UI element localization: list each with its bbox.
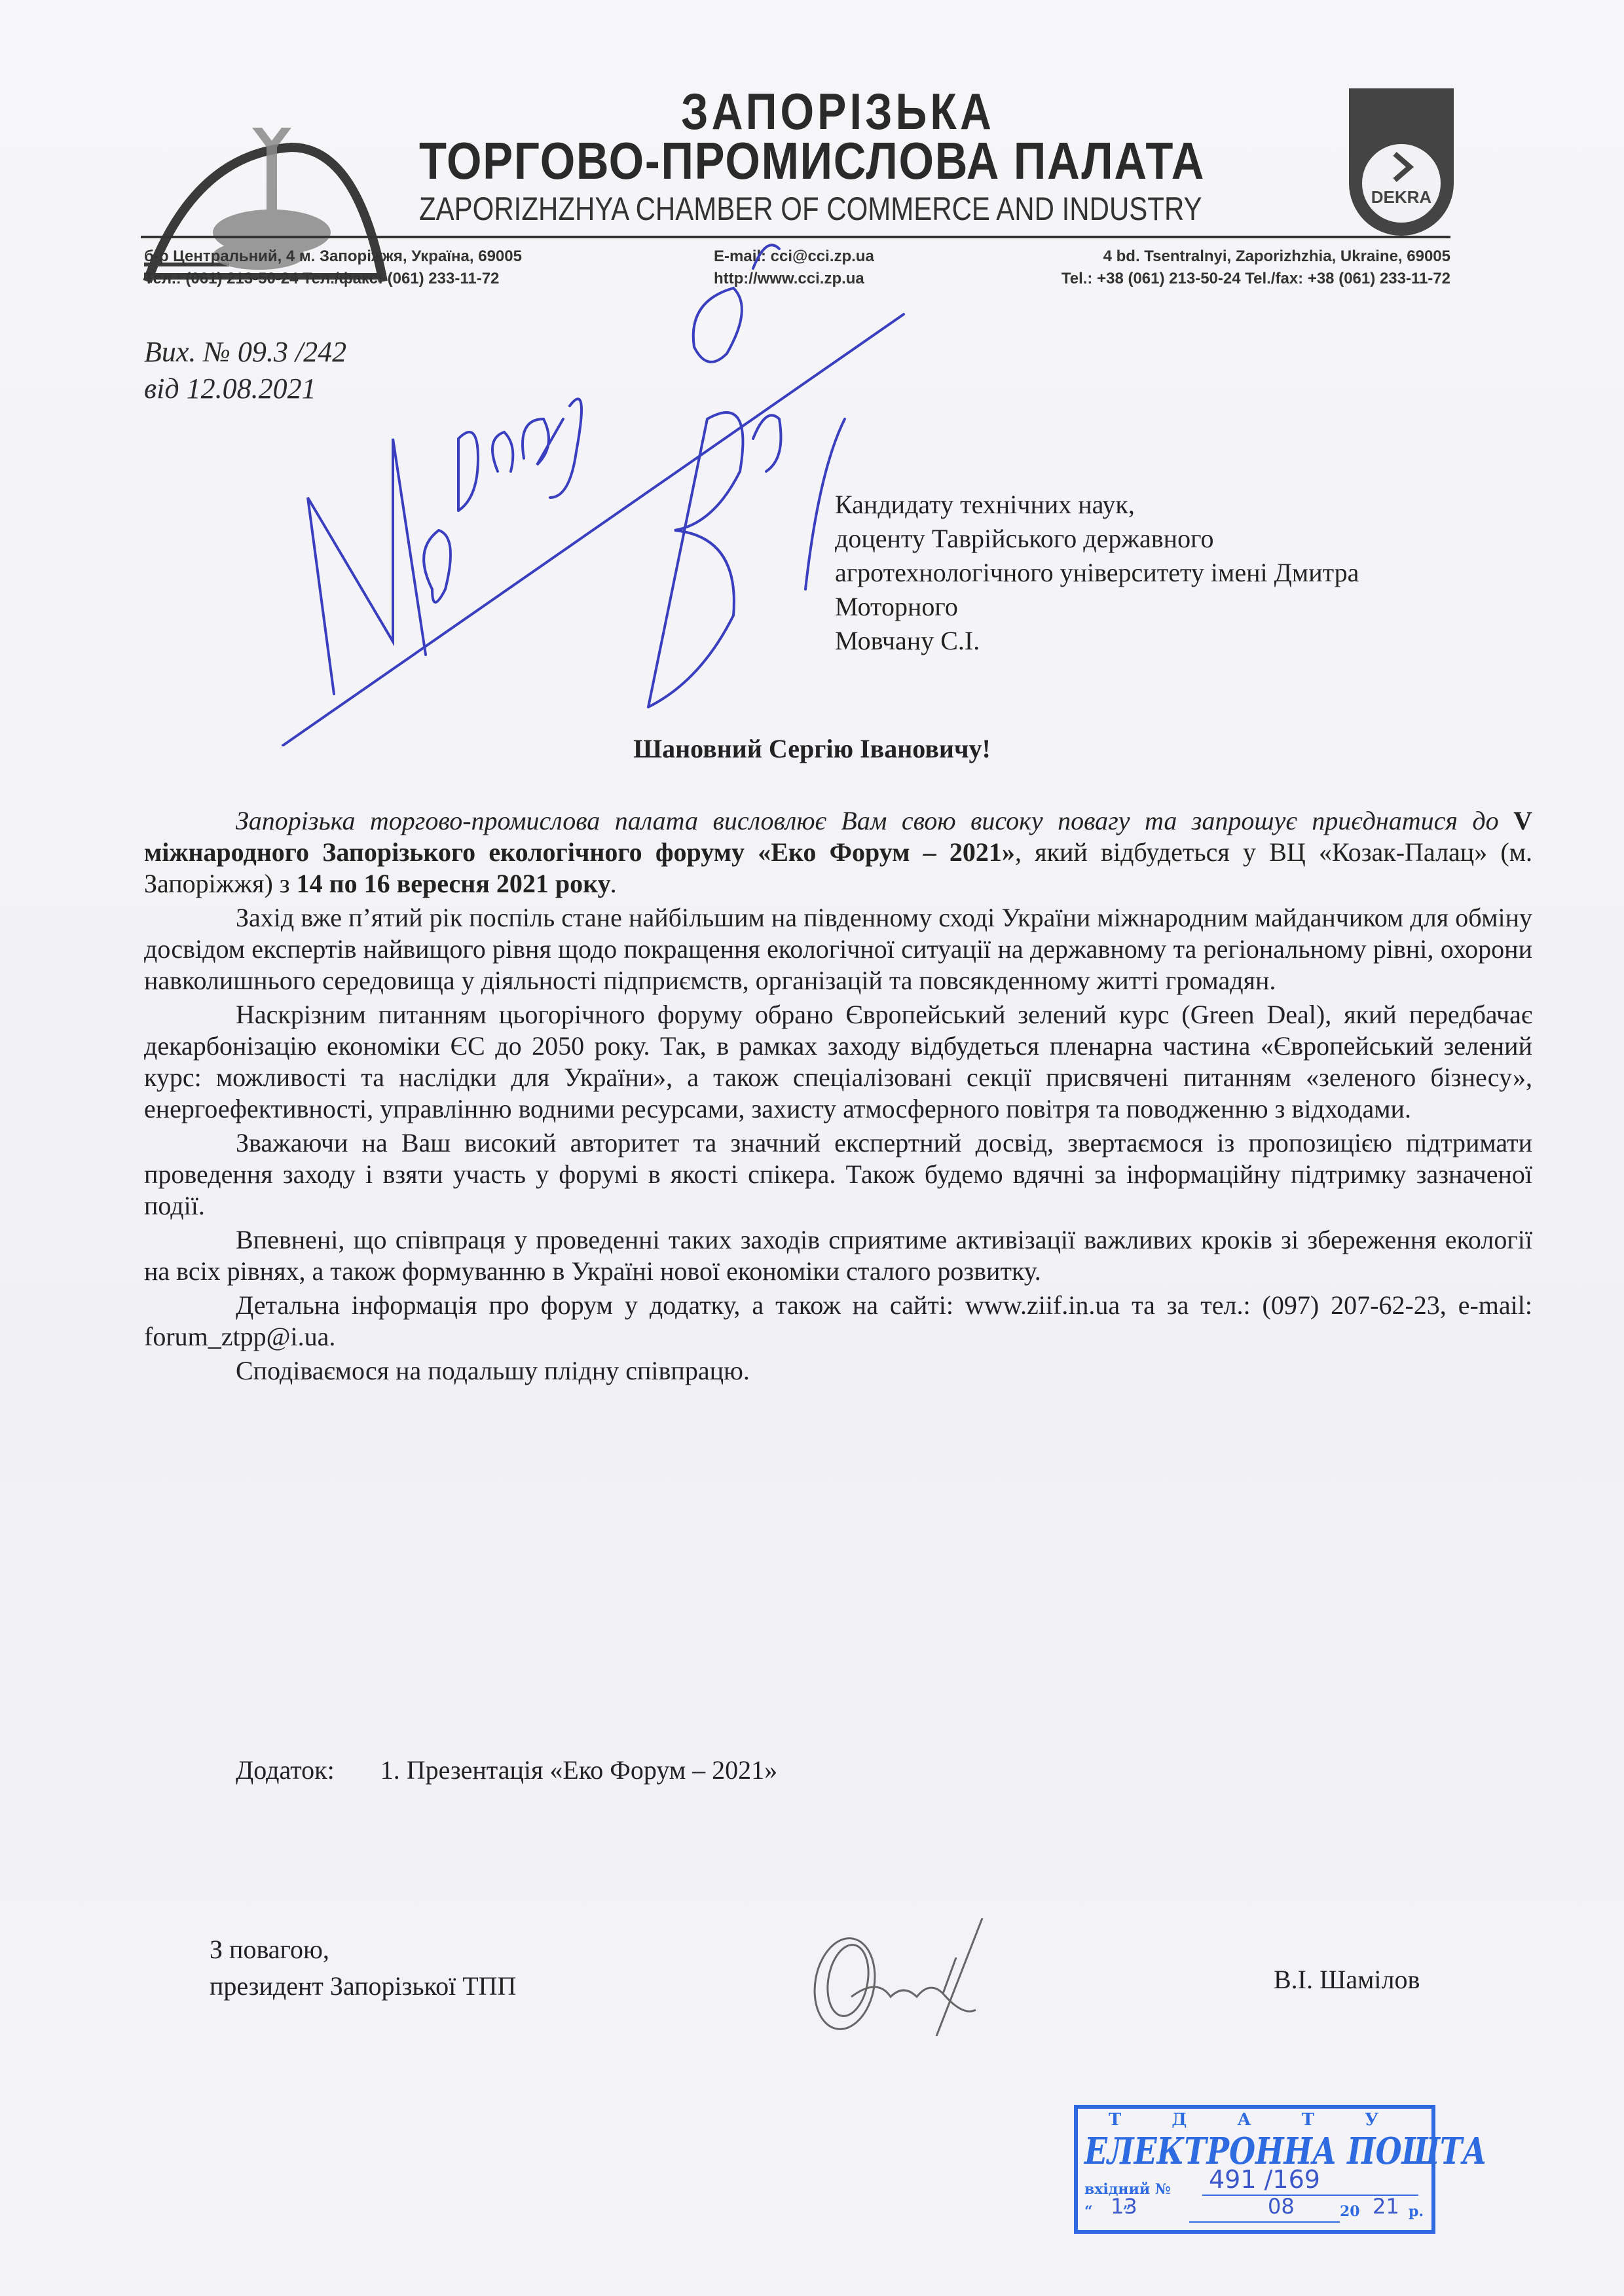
letter-page: ЗАПОРІЗЬКА ТОРГОВО-ПРОМИСЛОВА ПАЛАТА ZAP… (0, 0, 1624, 2296)
handwritten-resolution-icon (282, 223, 910, 746)
signer-position: президент Запорізької ТПП (210, 1968, 516, 2005)
addressee-line: Кандидату технічних наук, (835, 488, 1359, 522)
forum-dates: 14 по 16 вересня 2021 року (297, 869, 611, 898)
addressee-line: Моторного (835, 590, 1359, 624)
stamp-incoming-number: 491 /169 (1209, 2165, 1320, 2194)
contact-english: 4 bd. Tsentralnyi, Zaporizhzhia, Ukraine… (1061, 246, 1450, 290)
body-paragraph-3: Наскрізним питанням цьогорічного форуму … (144, 999, 1532, 1125)
incoming-mail-stamp: Т Д А Т У ЕЛЕКТРОННА ПОШТА вхідний № 491… (1074, 2105, 1435, 2234)
attachment-label: Додаток: (236, 1755, 335, 1785)
body-paragraph-5: Впевнені, що співпраця у проведенні таки… (144, 1224, 1532, 1287)
letterhead-title-line2: ТОРГОВО-ПРОМИСЛОВА ПАЛАТА (419, 131, 1205, 191)
signature-icon (786, 1918, 1002, 2036)
contact-ukrainian: б-р Центральний, 4 м. Запоріжжя, Україна… (144, 246, 522, 290)
stamp-month: 08 (1268, 2194, 1295, 2219)
address-en: 4 bd. Tsentralnyi, Zaporizhzhia, Ukraine… (1061, 246, 1450, 268)
email-link[interactable]: E-mail: cci@cci.zp.ua (714, 246, 874, 268)
attachment-item: 1. Презентація «Еко Форум – 2021» (380, 1755, 777, 1785)
svg-text:DEKRA: DEKRA (1371, 187, 1432, 207)
body-paragraph-2: Захід вже п’ятий рік поспіль стане найбі… (144, 902, 1532, 996)
addressee-block: Кандидату технічних наук, доценту Таврій… (835, 488, 1359, 658)
outgoing-date: від 12.08.2021 (144, 371, 346, 407)
p1-text: Запорізька торгово-промислова палата вис… (236, 806, 1513, 835)
signer-name: В.І. Шамілов (1274, 1964, 1420, 1995)
letterhead-divider (141, 236, 1450, 238)
stamp-month-underline (1189, 2221, 1340, 2223)
stamp-organization: Т Д А Т У (1078, 2110, 1431, 2130)
addressee-line: Мовчану С.І. (835, 624, 1359, 658)
phone-en: Tel.: +38 (061) 213-50-24 Tel./fax: +38 … (1061, 268, 1450, 290)
addressee-line: доценту Таврійського державного (835, 522, 1359, 556)
addressee-line: агротехнологічного університету імені Дм… (835, 556, 1359, 590)
closing-phrase: З повагою, (210, 1931, 516, 1968)
body-paragraph-4: Зважаючи на Ваш високий авторитет та зна… (144, 1127, 1532, 1222)
contact-email-web: E-mail: cci@cci.zp.ua http://www.cci.zp.… (714, 246, 874, 290)
address-ua: б-р Центральний, 4 м. Запоріжжя, Україна… (144, 246, 522, 268)
outgoing-number: Вих. № 09.3 /242 (144, 334, 346, 371)
stamp-year-unit: р. (1409, 2203, 1424, 2220)
stamp-year-suffix: 21 (1373, 2194, 1399, 2219)
p1-text: . (611, 869, 618, 898)
attachment-line: Додаток:1. Презентація «Еко Форум – 2021… (236, 1755, 777, 1785)
letter-body: Запорізька торгово-промислова палата вис… (144, 805, 1532, 1387)
outgoing-reference: Вих. № 09.3 /242 від 12.08.2021 (144, 334, 346, 407)
body-paragraph-7: Сподіваємося на подальшу плідну співпрац… (144, 1355, 1532, 1387)
letterhead-title-english: ZAPORIZHZHYA CHAMBER OF COMMERCE AND IND… (419, 190, 1202, 228)
phone-ua: Тел.: (061) 213-50-24 Тел./факс: (061) 2… (144, 268, 522, 290)
stamp-day: 13 (1111, 2194, 1137, 2219)
salutation: Шановний Сергію Івановичу! (0, 733, 1624, 764)
stamp-year-prefix: 20 (1340, 2203, 1360, 2220)
website-link[interactable]: http://www.cci.zp.ua (714, 268, 874, 290)
quote-open: “ (1084, 2203, 1093, 2220)
body-paragraph-1: Запорізька торгово-промислова палата вис… (144, 805, 1532, 900)
dekra-certification-icon: DEKRA (1346, 85, 1457, 236)
body-paragraph-6: Детальна інформація про форум у додатку,… (144, 1290, 1532, 1353)
closing-block: З повагою, президент Запорізької ТПП (210, 1931, 516, 2005)
